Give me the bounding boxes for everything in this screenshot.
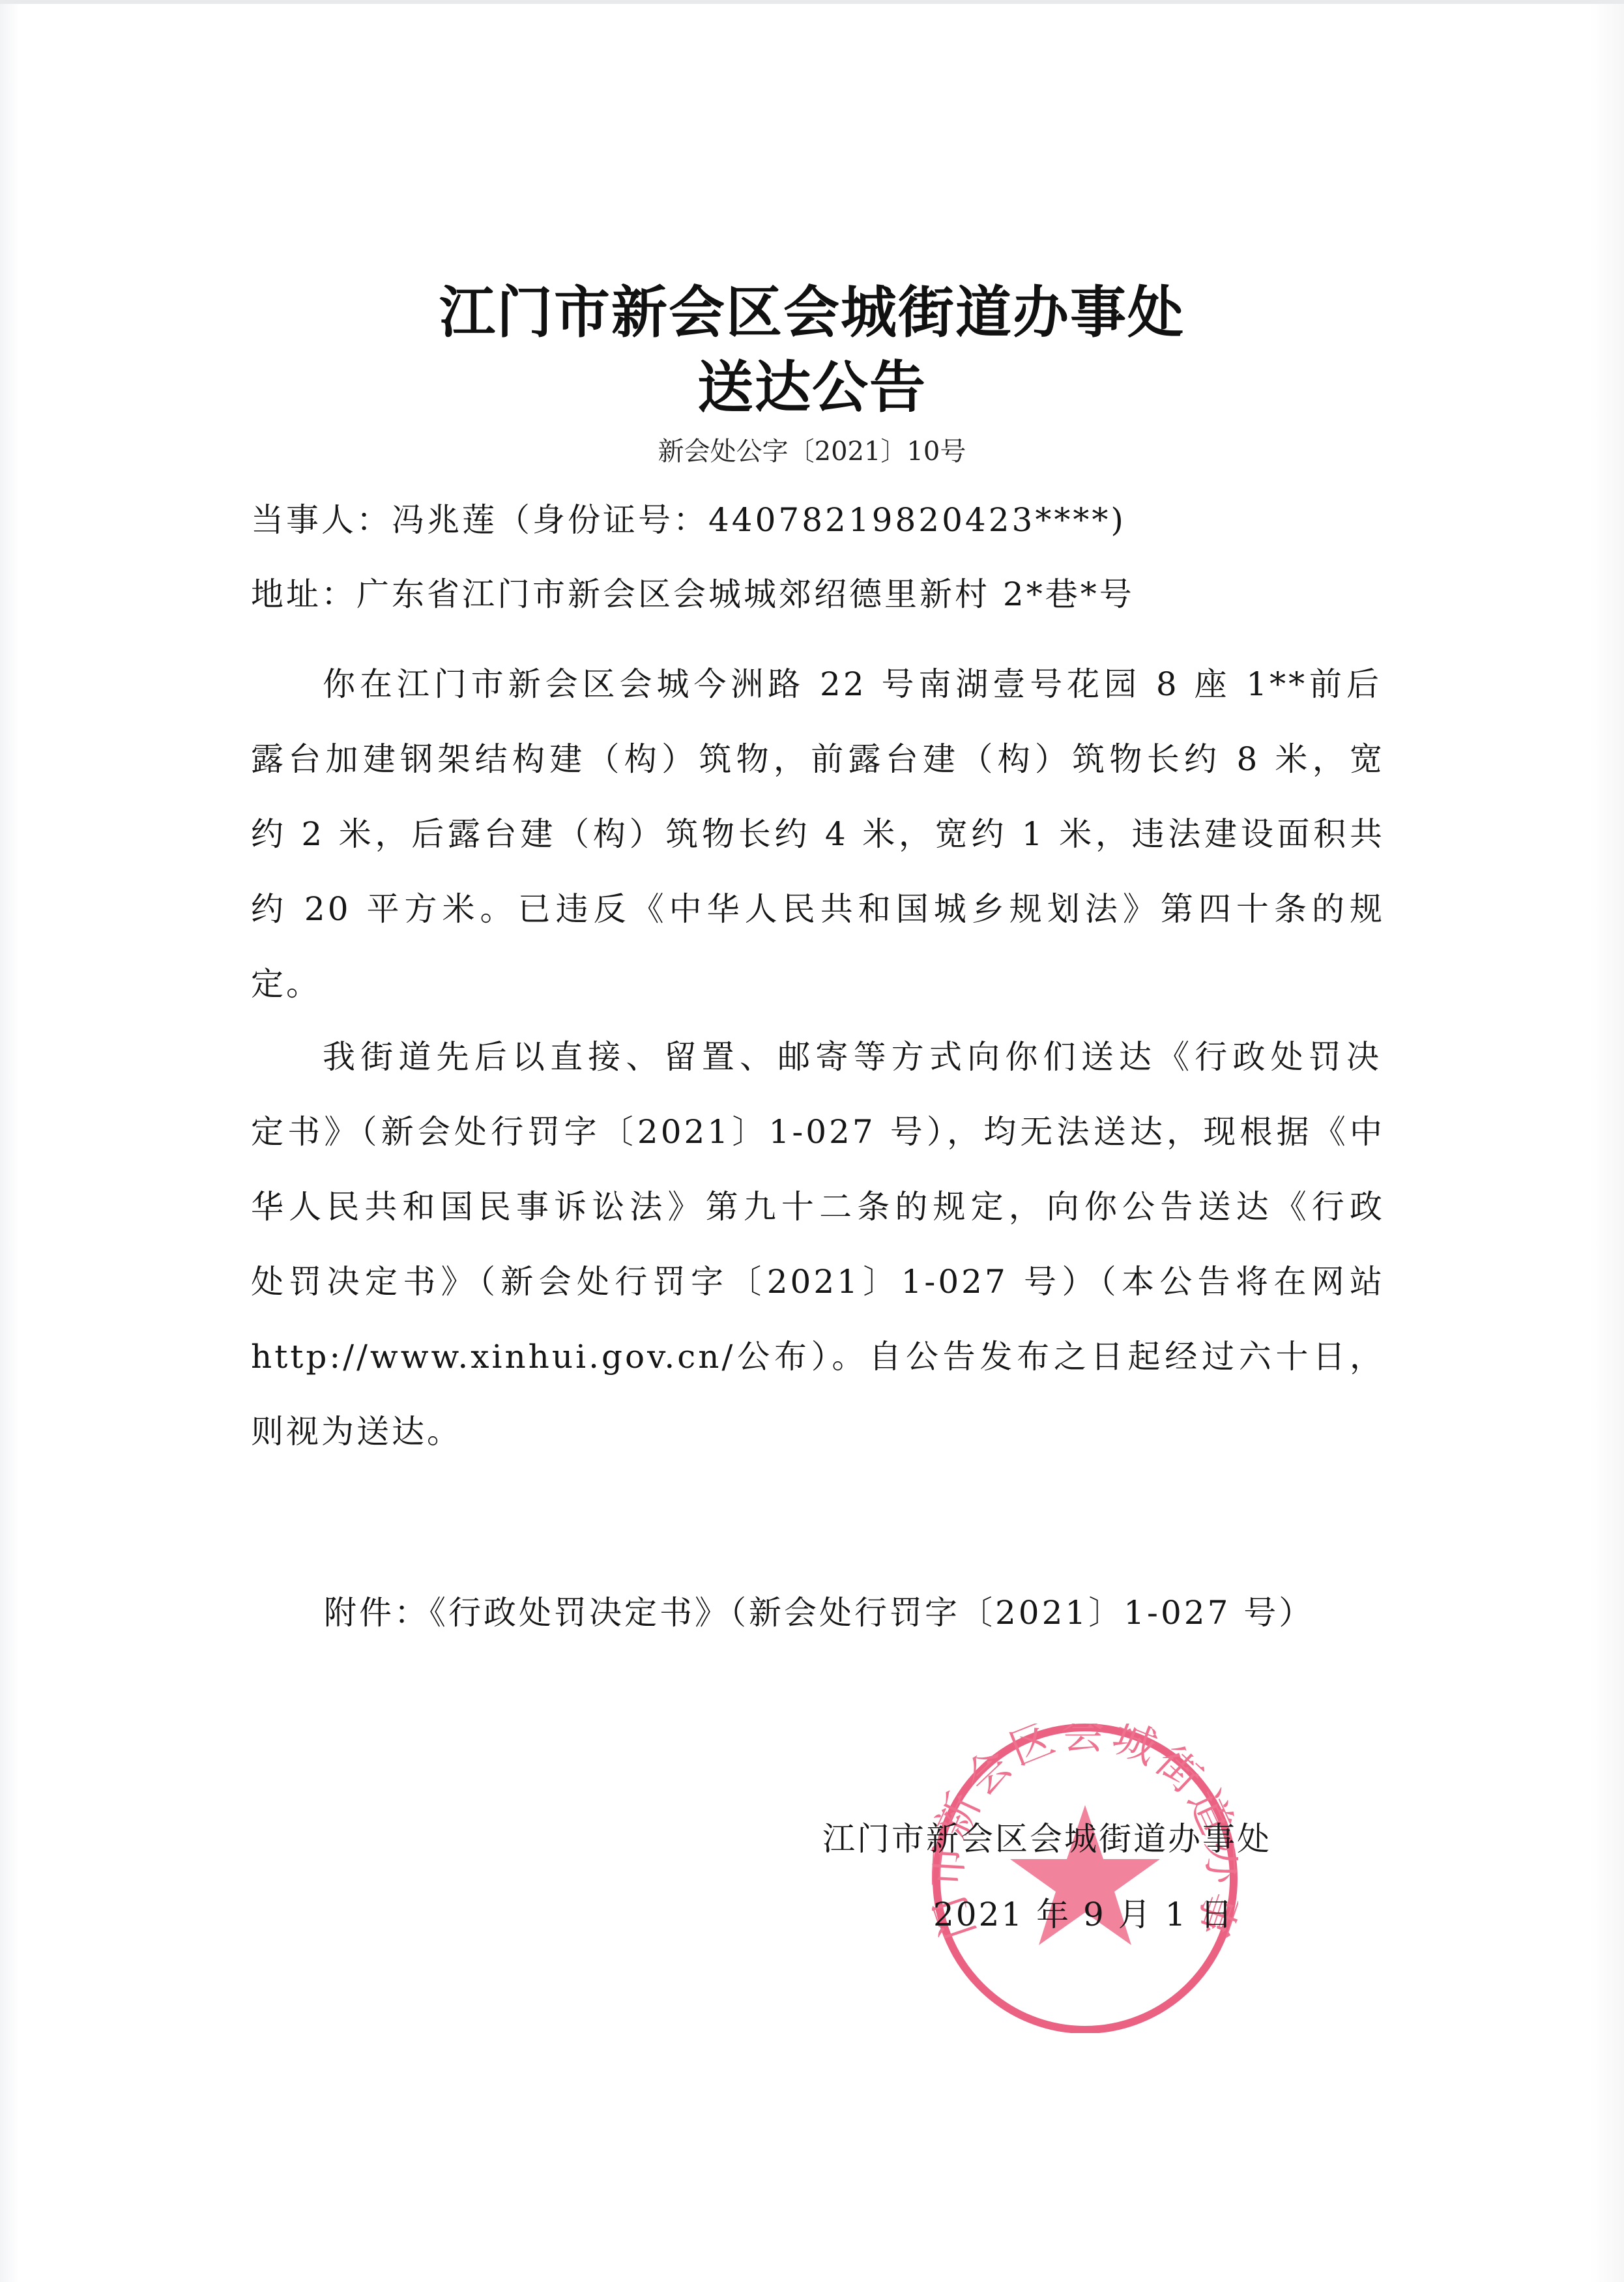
paragraph-line: 你在江门市新会区会城今洲路 22 号南湖壹号花园 8 座 1**前后	[323, 665, 1382, 704]
scan-edge	[0, 0, 1624, 4]
document-page: 江门市新会区会城街道办事处 送达公告 新会处公字〔2021〕10号 当事人：冯兆…	[0, 0, 1624, 2282]
document-subtitle: 送达公告	[0, 355, 1624, 420]
paragraph-line: http://www.xinhui.gov.cn/公布）。自公告发布之日起经过六…	[251, 1337, 1385, 1376]
attachment-line: 附件：《行政处罚决定书》（新会处行罚字〔2021〕1-027 号）	[324, 1593, 1380, 1632]
official-seal-icon: 江门市新会区会城街道办事处	[932, 1724, 1238, 2033]
paragraph-line: 则视为送达。	[251, 1412, 1385, 1451]
paragraph-line: 露台加建钢架结构建（构）筑物，前露台建（构）筑物长约 8 米，宽	[251, 740, 1385, 779]
paragraph-line: 约 2 米，后露台建（构）筑物长约 4 米，宽约 1 米，违法建设面积共	[251, 815, 1385, 854]
document-title: 江门市新会区会城街道办事处	[0, 280, 1624, 345]
signature-organization: 江门市新会区会城街道办事处	[822, 1819, 1271, 1858]
paragraph-line: 定。	[251, 964, 1385, 1004]
paragraph-line: 华人民共和国民事诉讼法》第九十二条的规定，向你公告送达《行政	[251, 1187, 1385, 1226]
party-line: 当事人：冯兆莲（身份证号：44078219820423****)	[251, 500, 1385, 540]
paragraph-line: 处罚决定书》（新会处行罚字〔2021〕1-027 号）（本公告将在网站	[251, 1262, 1385, 1301]
paragraph-line: 定书》（新会处行罚字〔2021〕1-027 号），均无法送达，现根据《中	[251, 1112, 1385, 1151]
paragraph-line: 我街道先后以直接、留置、邮寄等方式向你们送达《行政处罚决	[323, 1037, 1382, 1076]
signature-date: 2021 年 9 月 1 日	[933, 1895, 1234, 1934]
document-number: 新会处公字〔2021〕10号	[0, 435, 1624, 468]
paragraph-line: 约 20 平方米。已违反《中华人民共和国城乡规划法》第四十条的规	[251, 889, 1385, 929]
address-line: 地址：广东省江门市新会区会城城郊绍德里新村 2*巷*号	[251, 575, 1385, 614]
